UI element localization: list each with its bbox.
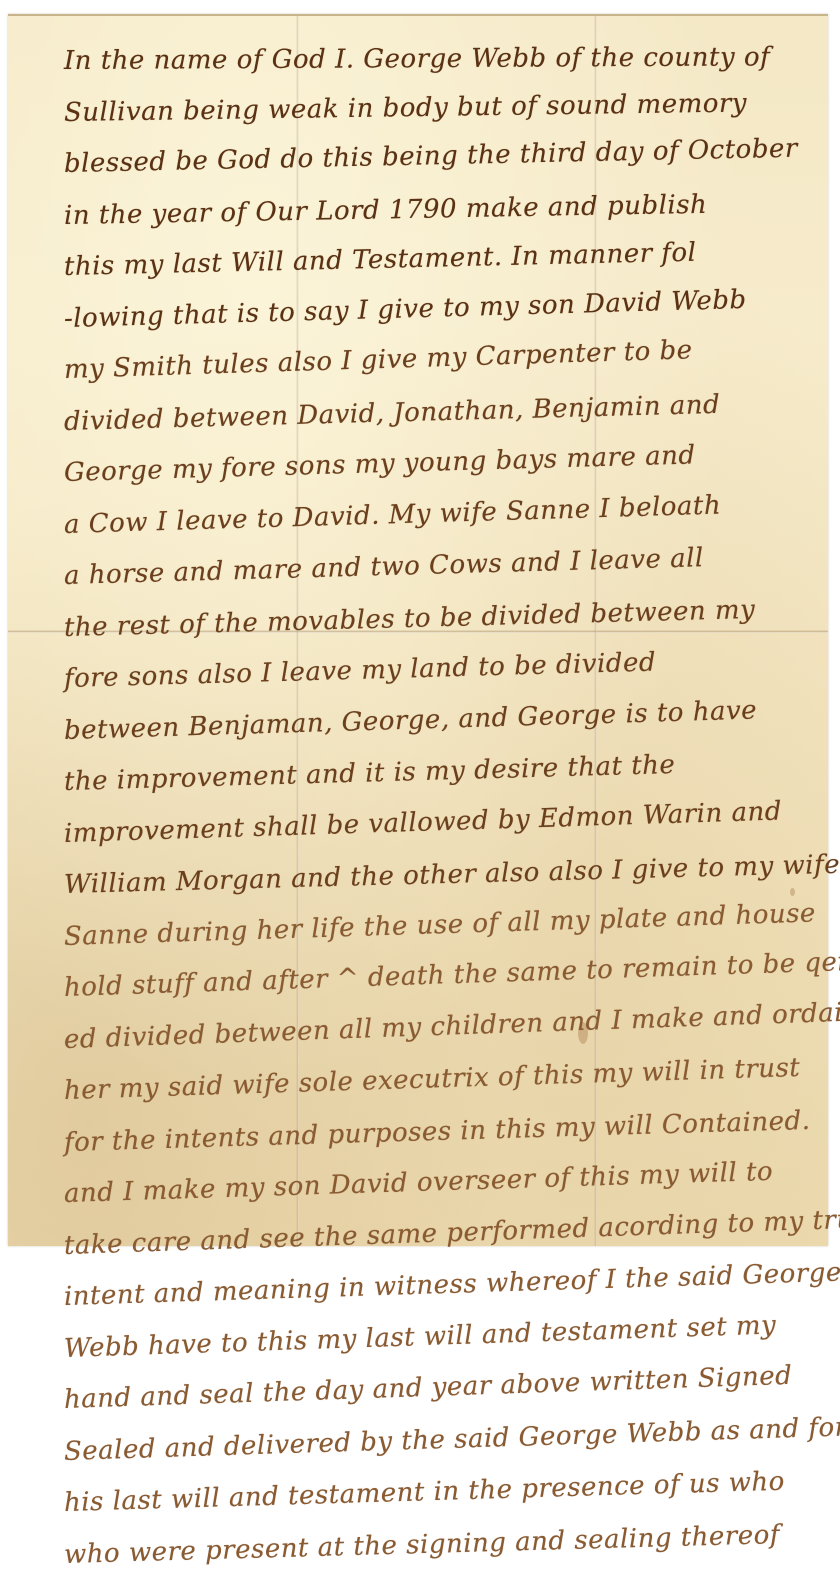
handwritten-text-body: In the name of God I. George Webb of the… [64,36,804,1265]
manuscript-page: In the name of God I. George Webb of the… [8,14,828,1246]
